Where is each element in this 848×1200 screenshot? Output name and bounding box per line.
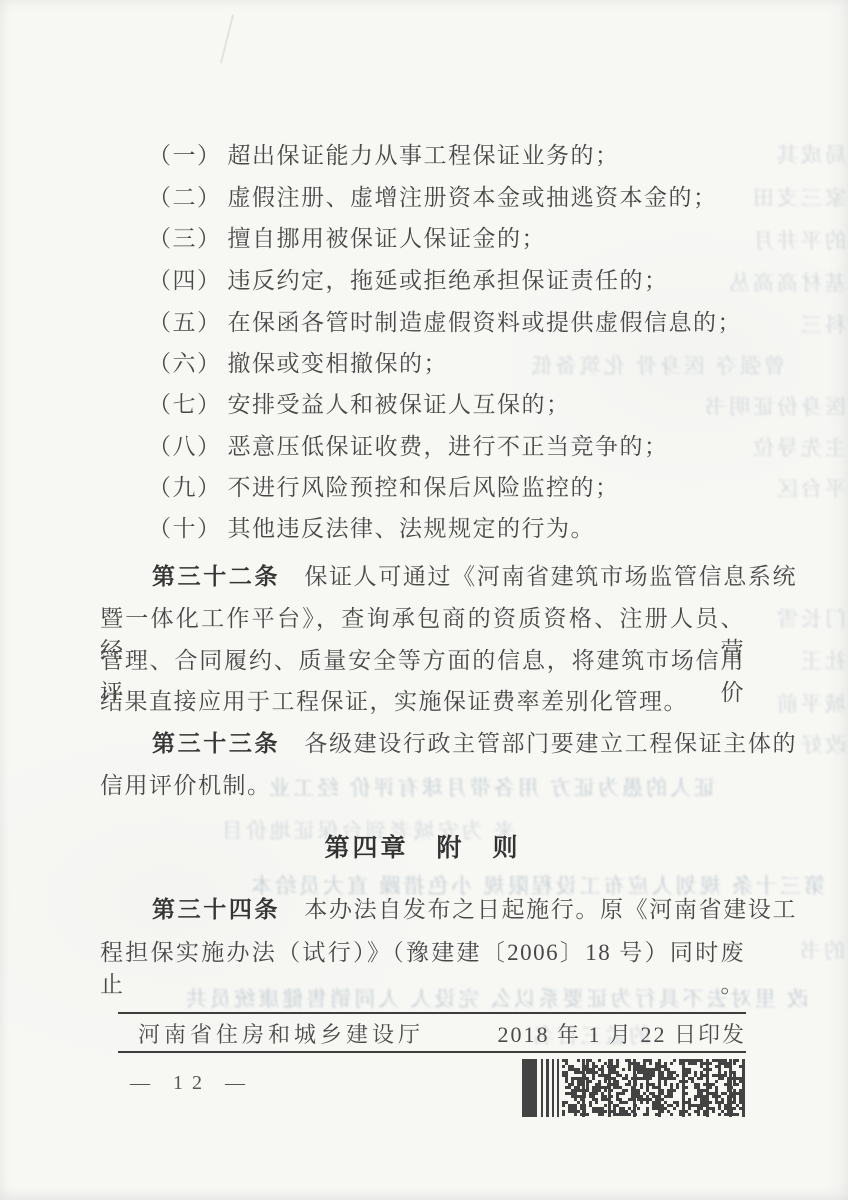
bleedthrough-text: 的书: [765, 937, 845, 965]
article-32-line-4: 结果直接应用于工程保证，实施保证费率差别化管理。: [100, 686, 745, 718]
clause-text: 不进行风险预控和保后风险监控的；: [228, 475, 620, 500]
clause-text: 在保函各管时制造虚假资料或提供虚假信息的；: [228, 310, 743, 335]
print-date: 2018 年 1 月 22 日印发: [497, 1020, 746, 1050]
scan-scratch-artifact: [220, 15, 234, 64]
article-33-line-1: 第三十三条各级建设行政主管部门要建立工程保证主体的: [100, 728, 797, 760]
article-32-line-1: 第三十二条保证人可通过《河南省建筑市场监管信息系统: [100, 561, 797, 593]
clause-item-9: （九）不进行风险预控和保后风险监控的；: [100, 472, 793, 504]
clause-label: （五）: [148, 310, 222, 335]
clause-text: 违反约定，拖延或拒绝承担保证责任的；: [228, 268, 669, 293]
footer-bottom-rule: [118, 1051, 746, 1053]
clause-label: （三）: [148, 226, 222, 251]
clause-label: （一）: [148, 143, 222, 168]
clause-item-10: （十）其他违反法律、法规规定的行为。: [100, 513, 793, 545]
article-number: 第三十二条: [152, 564, 280, 589]
footer-top-rule: [118, 1012, 746, 1014]
issuing-department: 河南省住房和城乡建设厅: [118, 1020, 424, 1050]
clause-item-1: （一）超出保证能力从事工程保证业务的；: [100, 140, 793, 172]
article-text: 各级建设行政主管部门要建立工程保证主体的: [304, 731, 797, 756]
clause-item-2: （二）虚假注册、虚增注册资本金或抽逃资本金的；: [100, 182, 793, 214]
clause-text: 其他违反法律、法规规定的行为。: [228, 516, 596, 541]
clause-label: （八）: [148, 434, 222, 459]
scanned-document-page: 局成其 家三支田 的平井月 基材高高丛 科三 曾强夺 医身骨 化筑备低 医身份证…: [0, 0, 848, 1200]
clause-text: 安排受益人和被保证人互保的；: [228, 392, 571, 417]
clause-item-3: （三）擅自挪用被保证人保证金的；: [100, 223, 793, 255]
clause-label: （四）: [148, 268, 222, 293]
article-33-line-2: 信用评价机制。: [100, 770, 745, 802]
article-34-line-1: 第三十四条本办法自发布之日起施行。原《河南省建设工: [100, 894, 797, 926]
clause-item-5: （五）在保函各管时制造虚假资料或提供虚假信息的；: [100, 307, 793, 339]
clause-item-7: （七）安排受益人和被保证人互保的；: [100, 389, 793, 421]
clause-text: 恶意压低保证收费，进行不正当竞争的；: [228, 434, 669, 459]
bleedthrough-text: 社王: [760, 647, 846, 675]
article-number: 第三十三条: [152, 731, 280, 756]
clause-item-4: （四）违反约定，拖延或拒绝承担保证责任的；: [100, 265, 793, 297]
clause-label: （二）: [148, 185, 222, 210]
barcode: [522, 1059, 746, 1117]
clause-label: （十）: [148, 516, 222, 541]
article-34-line-2: 程担保实施办法（试行）》（豫建建〔2006〕18 号）同时废止。: [100, 937, 745, 1001]
article-number: 第三十四条: [152, 897, 280, 922]
clause-item-6: （六）撤保或变相撤保的；: [100, 348, 793, 380]
clause-label: （六）: [148, 351, 222, 376]
clause-label: （七）: [148, 392, 222, 417]
article-text: 本办法自发布之日起施行。原《河南省建设工: [304, 897, 797, 922]
article-text: 保证人可通过《河南省建筑市场监管信息系统: [304, 564, 797, 589]
clause-item-8: （八）恶意压低保证收费，进行不正当竞争的；: [100, 431, 793, 463]
footer: 河南省住房和城乡建设厅 2018 年 1 月 22 日印发: [118, 1020, 746, 1050]
page-number: — 12 —: [130, 1070, 254, 1096]
clause-text: 虚假注册、虚增注册资本金或抽逃资本金的；: [228, 185, 718, 210]
clause-text: 撤保或变相撤保的；: [228, 351, 449, 376]
clause-text: 擅自挪用被保证人保证金的；: [228, 226, 547, 251]
chapter-heading: 第四章 附 则: [100, 832, 745, 866]
clause-text: 超出保证能力从事工程保证业务的；: [228, 143, 620, 168]
clause-label: （九）: [148, 475, 222, 500]
